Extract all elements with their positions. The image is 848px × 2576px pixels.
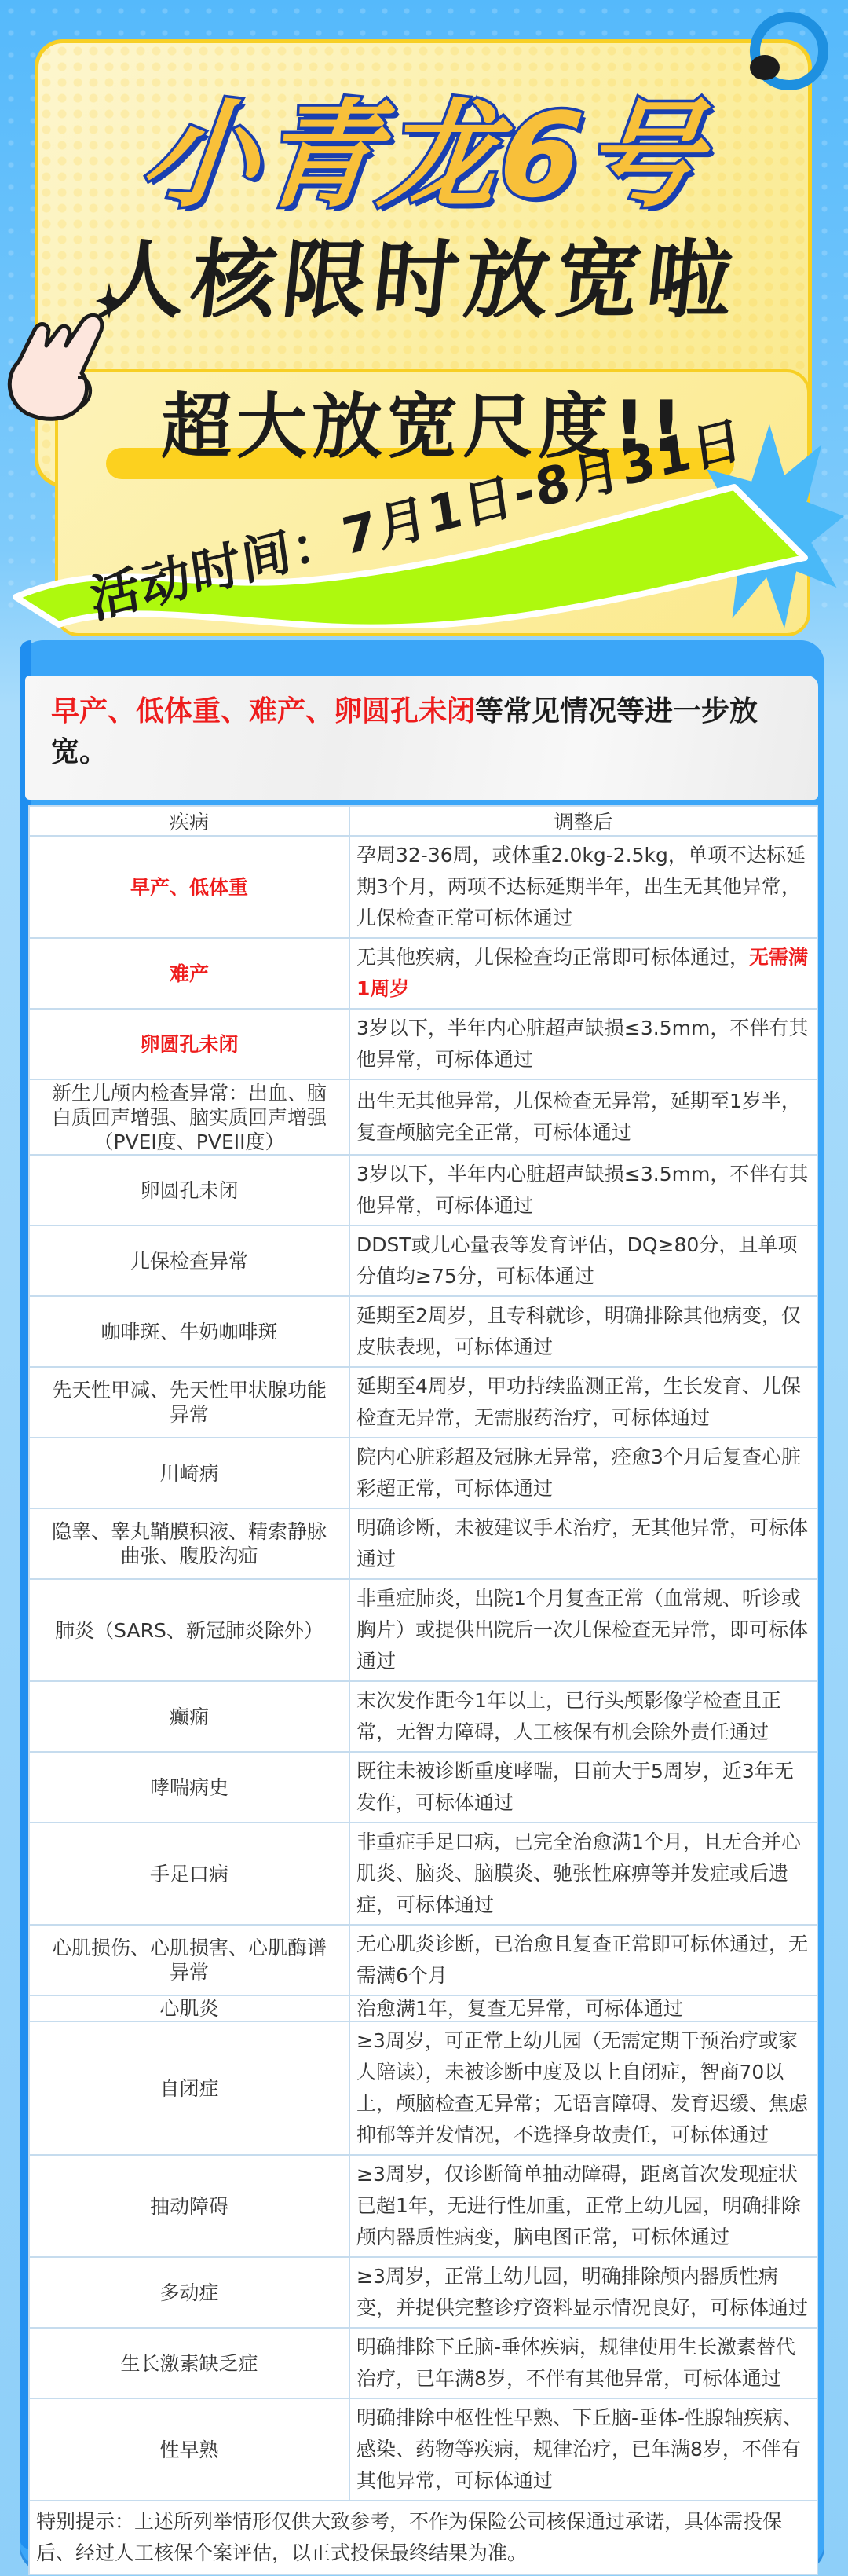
rule-cell: 明确排除中枢性性早熟、下丘脑-垂体-性腺轴疾病、感染、药物等疾病，规律治疗，已年…	[349, 2398, 817, 2501]
pointing-hand-icon	[3, 299, 137, 424]
table-row: 心肌损伤、心肌损害、心肌酶谱异常 无心肌炎诊断，已治愈且复查正常即可标体通过，无…	[29, 1925, 817, 1995]
table-row: 肺炎（SARS、新冠肺炎除外） 非重症肺炎，出院1个月复查正常（血常规、听诊或胸…	[29, 1579, 817, 1681]
hero-title: 小青龙6号	[38, 63, 810, 229]
table-row: 抽动障碍 ≥3周岁，仅诊断简单抽动障碍，距离首次发现症状已超1年，无进行性加重，…	[29, 2155, 817, 2257]
disease-cell: 儿保检查异常	[29, 1226, 349, 1296]
disease-cell: 多动症	[29, 2257, 349, 2328]
rule-cell: 无其他疾病，儿保检查均正常即可标体通过，无需满1周岁	[349, 938, 817, 1009]
disease-cell: 卵圆孔未闭	[29, 1155, 349, 1226]
rule-cell: 非重症肺炎，出院1个月复查正常（血常规、听诊或胸片）或提供出院后一次儿保检查无异…	[349, 1579, 817, 1681]
table-row: 多动症 ≥3周岁，正常上幼儿园，明确排除颅内器质性病变，并提供完整诊疗资料显示情…	[29, 2257, 817, 2328]
table-note-row: 特别提示：上述所列举情形仅供大致参考，不作为保险公司核保通过承诺，具体需投保后、…	[29, 2501, 817, 2574]
rule-cell: 既往未被诊断重度哮喘，目前大于5周岁，近3年无发作，可标体通过	[349, 1752, 817, 1823]
table-header-row: 疾病 调整后	[29, 806, 817, 836]
disease-cell: 性早熟	[29, 2398, 349, 2501]
rule-cell: ≥3周岁，仅诊断简单抽动障碍，距离首次发现症状已超1年，无进行性加重，正常上幼儿…	[349, 2155, 817, 2257]
rule-cell: 无心肌炎诊断，已治愈且复查正常即可标体通过，无需满6个月	[349, 1925, 817, 1995]
rule-cell: 明确排除下丘脑-垂体疾病，规律使用生长激素替代治疗，已年满8岁，不伴有其他异常，…	[349, 2328, 817, 2398]
disease-cell: 癫痫	[29, 1681, 349, 1752]
rule-cell: 末次发作距今1年以上，已行头颅影像学检查且正常，无智力障碍，人工核保有机会除外责…	[349, 1681, 817, 1752]
disease-cell: 卵圆孔未闭	[29, 1009, 349, 1079]
table-row: 新生儿颅内检查异常：出血、脑白质回声增强、脑实质回声增强（PVEI度、PVEII…	[29, 1079, 817, 1155]
disease-cell: 早产、低体重	[29, 836, 349, 938]
table-row: 难产 无其他疾病，儿保检查均正常即可标体通过，无需满1周岁	[29, 938, 817, 1009]
rule-cell: 治愈满1年，复查无异常，可标体通过	[349, 1995, 817, 2021]
rule-cell: 延期至4周岁，甲功持续监测正常，生长发育、儿保检查无异常，无需服药治疗，可标体通…	[349, 1367, 817, 1438]
rule-cell: 3岁以下，半年内心脏超声缺损≤3.5mm，不伴有其他异常，可标体通过	[349, 1155, 817, 1226]
table-row: 早产、低体重 孕周32-36周，或体重2.0kg-2.5kg，单项不达标延期3个…	[29, 836, 817, 938]
disease-cell: 手足口病	[29, 1823, 349, 1925]
table-row: 川崎病 院内心脏彩超及冠脉无异常，痊愈3个月后复查心脏彩超正常，可标体通过	[29, 1438, 817, 1508]
table-row: 哮喘病史 既往未被诊断重度哮喘，目前大于5周岁，近3年无发作，可标体通过	[29, 1752, 817, 1823]
table-row: 自闭症 ≥3周岁，可正常上幼儿园（无需定期干预治疗或家人陪读），未被诊断中度及以…	[29, 2021, 817, 2155]
rule-cell: 非重症手足口病，已完全治愈满1个月，且无合并心肌炎、脑炎、脑膜炎、驰张性麻痹等并…	[349, 1823, 817, 1925]
disclaimer-note: 特别提示：上述所列举情形仅供大致参考，不作为保险公司核保通过承诺，具体需投保后、…	[29, 2501, 817, 2574]
rule-cell: ≥3周岁，可正常上幼儿园（无需定期干预治疗或家人陪读），未被诊断中度及以上自闭症…	[349, 2021, 817, 2155]
intro-highlight: 早产、低体重、难产、卵圆孔未闭	[51, 695, 475, 727]
disease-cell: 生长激素缺乏症	[29, 2328, 349, 2398]
table-row: 心肌炎 治愈满1年，复查无异常，可标体通过	[29, 1995, 817, 2021]
disease-cell: 先天性甲减、先天性甲状腺功能异常	[29, 1367, 349, 1438]
disease-cell: 新生儿颅内检查异常：出血、脑白质回声增强、脑实质回声增强（PVEI度、PVEII…	[29, 1079, 349, 1155]
table-row: 先天性甲减、先天性甲状腺功能异常 延期至4周岁，甲功持续监测正常，生长发育、儿保…	[29, 1367, 817, 1438]
disease-cell: 咖啡斑、牛奶咖啡斑	[29, 1296, 349, 1367]
hero-subtitle: 人核限时放宽啦	[25, 212, 815, 334]
table-row: 生长激素缺乏症 明确排除下丘脑-垂体疾病，规律使用生长激素替代治疗，已年满8岁，…	[29, 2328, 817, 2398]
disease-cell: 隐睾、睾丸鞘膜积液、精索静脉曲张、腹股沟疝	[29, 1508, 349, 1579]
rule-cell: 延期至2周岁，且专科就诊，明确排除其他病变，仅皮肤表现，可标体通过	[349, 1296, 817, 1367]
disease-cell: 自闭症	[29, 2021, 349, 2155]
disease-cell: 心肌炎	[29, 1995, 349, 2021]
disease-cell: 川崎病	[29, 1438, 349, 1508]
disease-cell: 哮喘病史	[29, 1752, 349, 1823]
underwriting-table: 疾病 调整后 早产、低体重 孕周32-36周，或体重2.0kg-2.5kg，单项…	[28, 805, 818, 2575]
disease-cell: 难产	[29, 938, 349, 1009]
table-row: 咖啡斑、牛奶咖啡斑 延期至2周岁，且专科就诊，明确排除其他病变，仅皮肤表现，可标…	[29, 1296, 817, 1367]
header-disease: 疾病	[29, 806, 349, 836]
table-row: 隐睾、睾丸鞘膜积液、精索静脉曲张、腹股沟疝 明确诊断，未被建议手术治疗，无其他异…	[29, 1508, 817, 1579]
table-row: 手足口病 非重症手足口病，已完全治愈满1个月，且无合并心肌炎、脑炎、脑膜炎、驰张…	[29, 1823, 817, 1925]
rule-cell: 院内心脏彩超及冠脉无异常，痊愈3个月后复查心脏彩超正常，可标体通过	[349, 1438, 817, 1508]
rule-cell: DDST或儿心量表等发育评估，DQ≥80分，且单项分值均≥75分，可标体通过	[349, 1226, 817, 1296]
header-adjusted: 调整后	[349, 806, 817, 836]
table-row: 卵圆孔未闭 3岁以下，半年内心脏超声缺损≤3.5mm，不伴有其他异常，可标体通过	[29, 1155, 817, 1226]
table-row: 卵圆孔未闭 3岁以下，半年内心脏超声缺损≤3.5mm，不伴有其他异常，可标体通过	[29, 1009, 817, 1079]
rule-cell: 孕周32-36周，或体重2.0kg-2.5kg，单项不达标延期3个月，两项不达标…	[349, 836, 817, 938]
table-row: 儿保检查异常 DDST或儿心量表等发育评估，DQ≥80分，且单项分值均≥75分，…	[29, 1226, 817, 1296]
intro-text: 早产、低体重、难产、卵圆孔未闭等常见情况等进一步放宽。	[51, 691, 805, 773]
rule-cell: ≥3周岁，正常上幼儿园，明确排除颅内器质性病变，并提供完整诊疗资料显示情况良好，…	[349, 2257, 817, 2328]
rule-cell: 出生无其他异常，儿保检查无异常，延期至1岁半，复查颅脑完全正常，可标体通过	[349, 1079, 817, 1155]
rule-cell: 3岁以下，半年内心脏超声缺损≤3.5mm，不伴有其他异常，可标体通过	[349, 1009, 817, 1079]
disease-cell: 心肌损伤、心肌损害、心肌酶谱异常	[29, 1925, 349, 1995]
table-row: 性早熟 明确排除中枢性性早熟、下丘脑-垂体-性腺轴疾病、感染、药物等疾病，规律治…	[29, 2398, 817, 2501]
rule-cell: 明确诊断，未被建议手术治疗，无其他异常，可标体通过	[349, 1508, 817, 1579]
rule-text: 无其他疾病，儿保检查均正常即可标体通过，	[356, 946, 749, 969]
disease-cell: 抽动障碍	[29, 2155, 349, 2257]
table-row: 癫痫 末次发作距今1年以上，已行头颅影像学检查且正常，无智力障碍，人工核保有机会…	[29, 1681, 817, 1752]
disease-cell: 肺炎（SARS、新冠肺炎除外）	[29, 1579, 349, 1681]
